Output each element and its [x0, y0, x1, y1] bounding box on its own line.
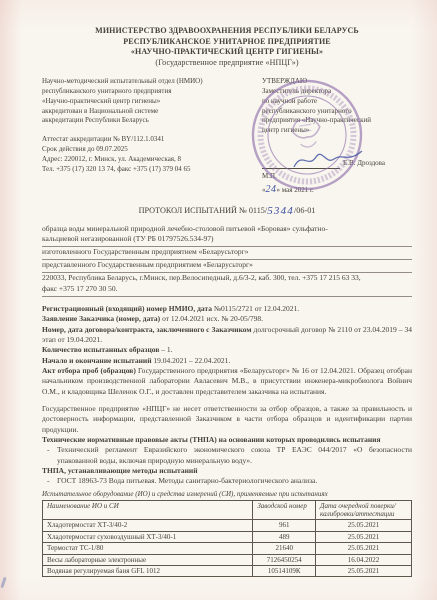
approver-position: Заместитель директора	[262, 87, 412, 97]
verification-date: 25.05.2021	[316, 531, 412, 542]
approver-position: по научной работе	[262, 97, 412, 107]
table-row: Весы лабораторные электронные 7126450254…	[43, 554, 412, 565]
tnpa-section: Технические нормативные правовые акты (Т…	[42, 435, 412, 487]
lab-dept-line: республиканского унитарного предприятия	[42, 87, 249, 97]
state-enterprise-abbrev: (Государственное предприятие «НПЦГ»)	[42, 58, 412, 69]
registration-section: Регистрационный (входящий) номер НМИО, д…	[42, 304, 412, 397]
approve-title: УТВЕРЖДАЮ	[262, 77, 412, 87]
dash-marker: -	[42, 445, 57, 466]
sample-count-value: – 1.	[161, 345, 172, 354]
equipment-table: Наименование ИО и СИ Заводской номер Дат…	[42, 500, 412, 578]
verification-date: 16.04.2022	[316, 554, 412, 565]
disclaimer-section: Государственное предприятие «НПЦГ» не не…	[42, 404, 412, 435]
disclaimer-text: Государственное предприятие «НПЦГ» не не…	[42, 404, 412, 435]
methods-heading: ТНПА, устанавливающие методы испытаний	[42, 466, 412, 476]
approval-date: «24» мая 2021 г.	[262, 183, 412, 197]
sample-description-underlined: кальциевой негазированной (ТУ РБ 0179752…	[42, 234, 412, 247]
serial-number: 961	[253, 520, 316, 531]
sample-description: образца воды минеральной природной лечеб…	[42, 224, 412, 235]
approval-block: УТВЕРЖДАЮ Заместитель директора по научн…	[262, 77, 412, 196]
application-value: от 12.04.2021 исх. № 20-05/798.	[162, 314, 263, 323]
approval-date-text: мая 2021 г.	[280, 186, 314, 194]
dash-marker: -	[42, 476, 57, 486]
test-dates-line: Начало и окончание испытаний 19.04.2021 …	[42, 356, 412, 366]
lab-info-block: Научно-методический испытательный отдел …	[42, 77, 249, 196]
contract-label: Номер, дата договора/контракта, заключен…	[42, 325, 252, 334]
column-header-name: Наименование ИО и СИ	[43, 500, 253, 520]
test-dates-value: 19.04.2021 – 22.04.2021.	[153, 356, 230, 365]
tnpa-item-text: Технический регламент Евразийского эконо…	[57, 445, 412, 466]
table-row: Термостат ТС-1/80 21640 25.05.2021	[43, 543, 412, 554]
accreditation-certificate: Аттестат аккредитации № BY/112.1.0341	[42, 135, 249, 145]
tnpa-list-item: - Технический регламент Евразийского эко…	[42, 445, 412, 466]
table-row: Хладотермостат ХТ-3/40-2 961 25.05.2021	[43, 520, 412, 531]
center-name: «НАУЧНО-ПРАКТИЧЕСКИЙ ЦЕНТР ГИГИЕНЫ»	[42, 47, 412, 58]
test-dates-label: Начало и окончание испытаний	[42, 356, 152, 365]
equipment-name: Весы лабораторные электронные	[43, 554, 253, 565]
equipment-name: Водяная регулируемая баня GFL 1012	[43, 566, 253, 577]
enterprise-type: РЕСПУБЛИКАНСКОЕ УНИТАРНОЕ ПРЕДПРИЯТИЕ	[42, 37, 412, 48]
approver-position: республиканского унитарного	[262, 107, 412, 117]
protocol-title-suffix: /06-01	[294, 206, 315, 215]
accreditation-validity: Срок действия до 09.07.2025	[42, 145, 249, 155]
handwritten-protocol-number: 5344	[267, 205, 294, 217]
column-header-serial: Заводской номер	[253, 500, 316, 520]
signature-row: Е.В. Дроздова	[262, 159, 412, 169]
verification-date: 25.05.2021	[316, 543, 412, 554]
scanned-test-protocol-page: МИНИСТЕРСТВО ЗДРАВООХРАНЕНИЯ РЕСПУБЛИКИ …	[0, 0, 437, 600]
application-line: Заявление Заказчика (номер, дата) от 12.…	[42, 314, 412, 324]
customer-address: 220033, Республика Беларусь, г.Минск, пе…	[42, 273, 412, 284]
lab-address: Адрес: 220012, г. Минск, ул. Академическ…	[42, 155, 249, 165]
signer-name: Е.В. Дроздова	[343, 159, 385, 169]
application-label: Заявление Заказчика (номер, дата)	[42, 314, 160, 323]
serial-number: 10514109К	[253, 566, 316, 577]
scan-edge-artifact	[0, 577, 6, 588]
protocol-title-prefix: ПРОТОКОЛ ИСПЫТАНИЙ № 0115/	[139, 206, 268, 215]
column-header-date: Дата очередной поверки/ калибровки/аттес…	[316, 500, 412, 520]
manufacturer-line: изготовленного Государственным предприят…	[42, 247, 412, 260]
equipment-name: Хладотермостат ХТ-3/40-2	[43, 520, 253, 531]
sample-count-line: Количество испытанных образцов – 1.	[42, 345, 412, 355]
presenter-line: представленного Государственным предприя…	[42, 260, 412, 273]
equipment-table-intro: Испытательное оборудование (ИО) и средст…	[42, 490, 412, 498]
table-row: Хладотермостат суховоздушный ХТ-3/40-1 4…	[43, 531, 412, 542]
sample-count-label: Количество испытанных образцов	[42, 345, 159, 354]
serial-number: 21640	[253, 543, 316, 554]
top-info-columns: Научно-методический испытательный отдел …	[42, 77, 412, 196]
handwritten-day: 24	[266, 184, 277, 195]
lab-dept-line: «Научно-практический центр гигиены»	[42, 97, 249, 107]
approver-position: центр гигиены»	[262, 126, 412, 136]
sample-description-section: образца воды минеральной природной лечеб…	[42, 224, 412, 297]
contract-line: Номер, дата договора/контракта, заключен…	[42, 325, 412, 346]
methods-item-text: ГОСТ 18963-73 Вода питьевая. Методы сани…	[57, 476, 412, 486]
ministry-name: МИНИСТЕРСТВО ЗДРАВООХРАНЕНИЯ РЕСПУБЛИКИ …	[42, 26, 412, 37]
reg-label: Регистрационный (входящий) номер НМИО, д…	[42, 304, 212, 313]
lab-dept-line: Научно-методический испытательный отдел …	[42, 77, 249, 87]
methods-list-item: - ГОСТ 18963-73 Вода питьевая. Методы са…	[42, 476, 412, 486]
spacer	[42, 126, 249, 135]
equipment-name: Термостат ТС-1/80	[43, 543, 253, 554]
equipment-name: Хладотермостат суховоздушный ХТ-3/40-1	[43, 531, 253, 542]
signature-line	[262, 161, 340, 169]
serial-number: 7126450254	[253, 554, 316, 565]
table-row: Водяная регулируемая баня GFL 1012 10514…	[43, 566, 412, 577]
reg-value: №0115/2721 от 12.04.2021.	[214, 304, 299, 313]
lab-phone: Тел. +375 (17) 320 13 74, факс +375 (17)…	[42, 165, 249, 175]
seal-place-label: М.П.	[262, 172, 412, 182]
customer-fax-underlined: факс +375 17 270 30 50.	[42, 284, 412, 297]
document-header: МИНИСТЕРСТВО ЗДРАВООХРАНЕНИЯ РЕСПУБЛИКИ …	[42, 26, 412, 68]
serial-number: 489	[253, 531, 316, 542]
approver-position: предприятия «Научно-практический	[262, 116, 412, 126]
verification-date: 25.05.2021	[316, 520, 412, 531]
registration-number-line: Регистрационный (входящий) номер НМИО, д…	[42, 304, 412, 314]
lab-dept-line: аккредитован в Национальной системе	[42, 107, 249, 117]
sampling-act-label: Акт отбора проб (образцов)	[42, 366, 136, 375]
tnpa-heading: Технические нормативные правовые акты (Т…	[42, 435, 412, 445]
equipment-table-header-row: Наименование ИО и СИ Заводской номер Дат…	[43, 500, 412, 520]
protocol-title: ПРОТОКОЛ ИСПЫТАНИЙ № 0115/5344/06-01	[42, 204, 412, 216]
sampling-act-line: Акт отбора проб (образцов) Государственн…	[42, 366, 412, 397]
verification-date: 25.05.2021	[316, 566, 412, 577]
lab-dept-line: аккредитации Республики Беларусь	[42, 116, 249, 126]
